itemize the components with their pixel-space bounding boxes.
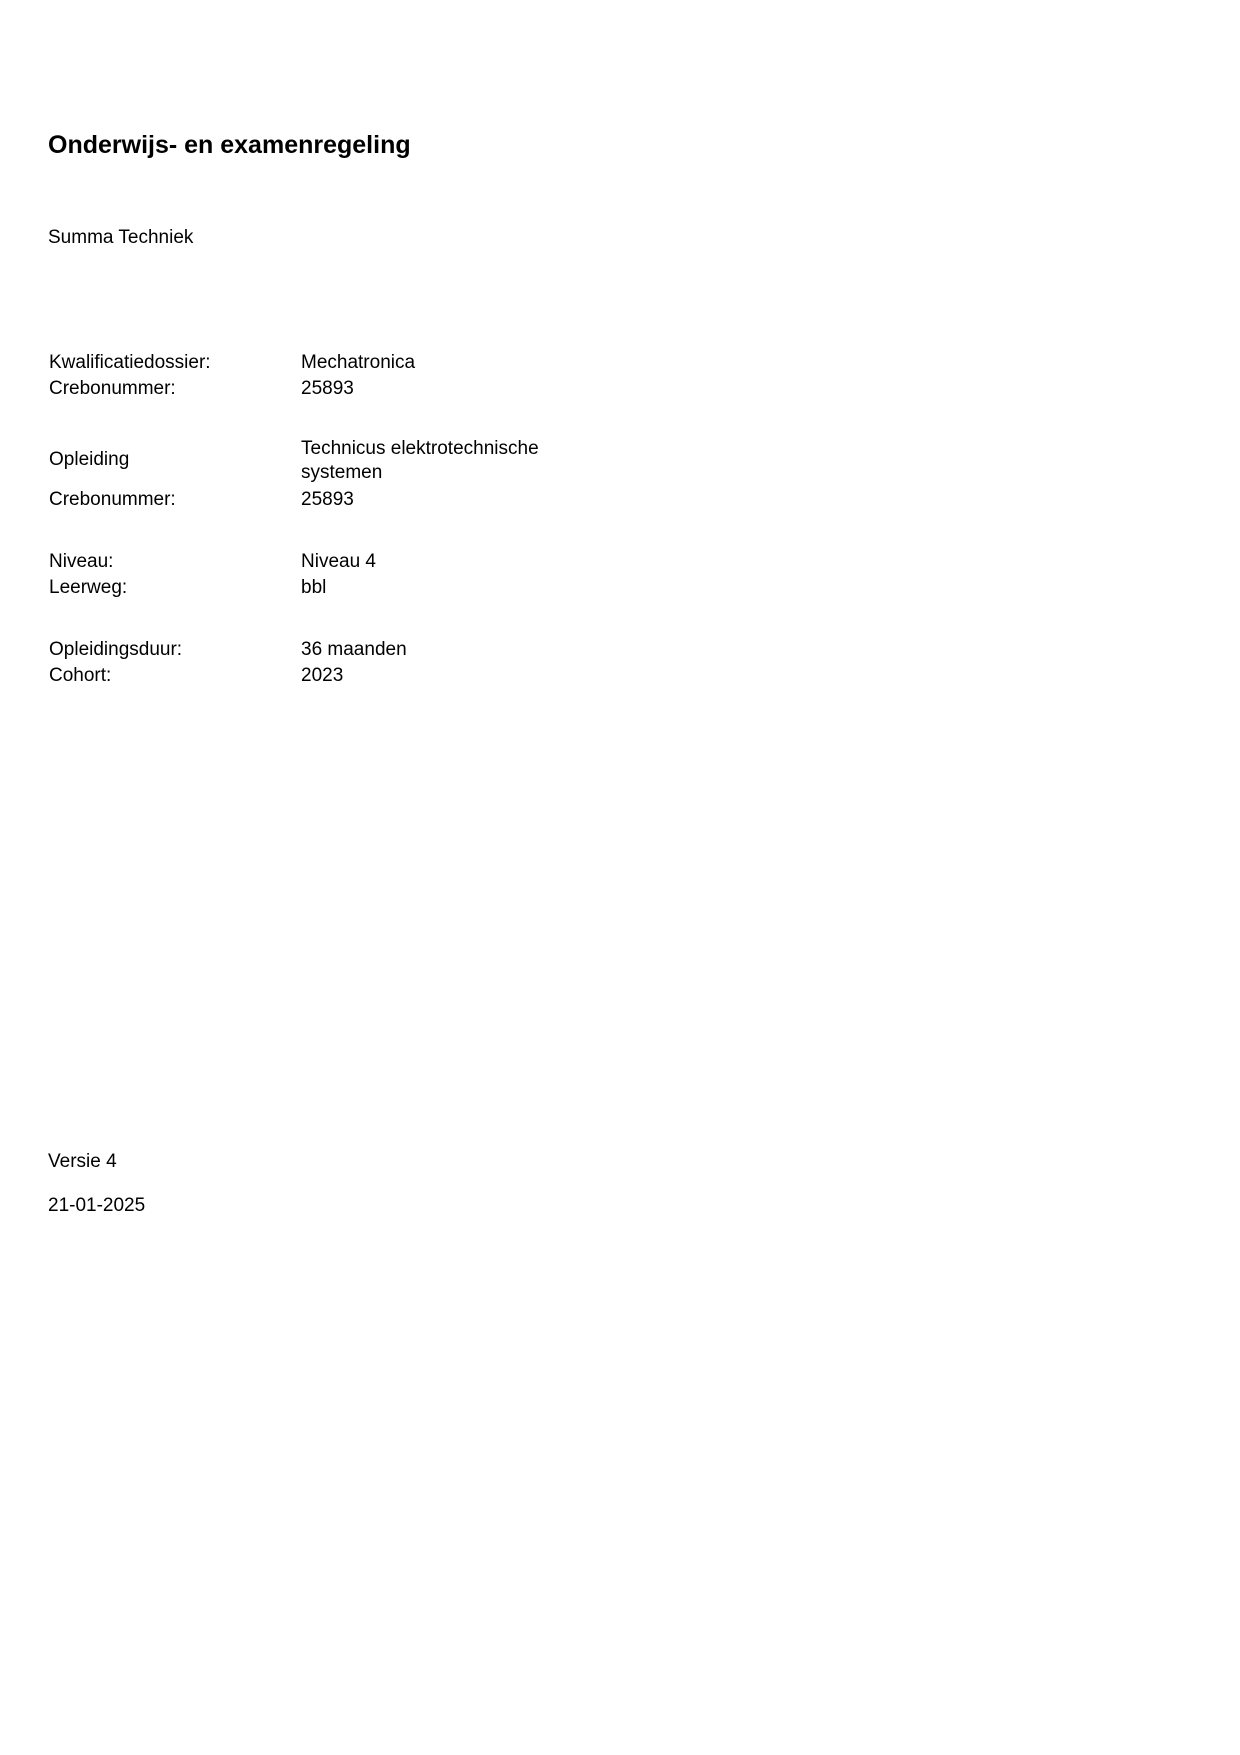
detail-label: Opleidingsduur:	[49, 638, 182, 662]
document-date: 21-01-2025	[48, 1194, 145, 1218]
detail-value: bbl	[301, 576, 591, 600]
detail-label: Niveau:	[49, 550, 113, 574]
detail-value: 25893	[301, 377, 591, 401]
detail-label: Crebonummer:	[49, 377, 176, 401]
detail-value: Mechatronica	[301, 351, 591, 375]
detail-label: Leerweg:	[49, 576, 127, 600]
detail-label: Cohort:	[49, 664, 111, 688]
detail-value: 2023	[301, 664, 591, 688]
detail-value: 25893	[301, 488, 591, 512]
institution-name: Summa Techniek	[48, 226, 193, 250]
detail-label: Crebonummer:	[49, 488, 176, 512]
detail-label: Opleiding	[49, 448, 129, 472]
version-label: Versie 4	[48, 1150, 117, 1174]
document-title: Onderwijs- en examenregeling	[48, 130, 411, 160]
detail-label: Kwalificatiedossier:	[49, 351, 211, 375]
detail-value: 36 maanden	[301, 638, 591, 662]
detail-value: Niveau 4	[301, 550, 591, 574]
detail-value: Technicus elektrotechnische systemen	[301, 437, 591, 485]
